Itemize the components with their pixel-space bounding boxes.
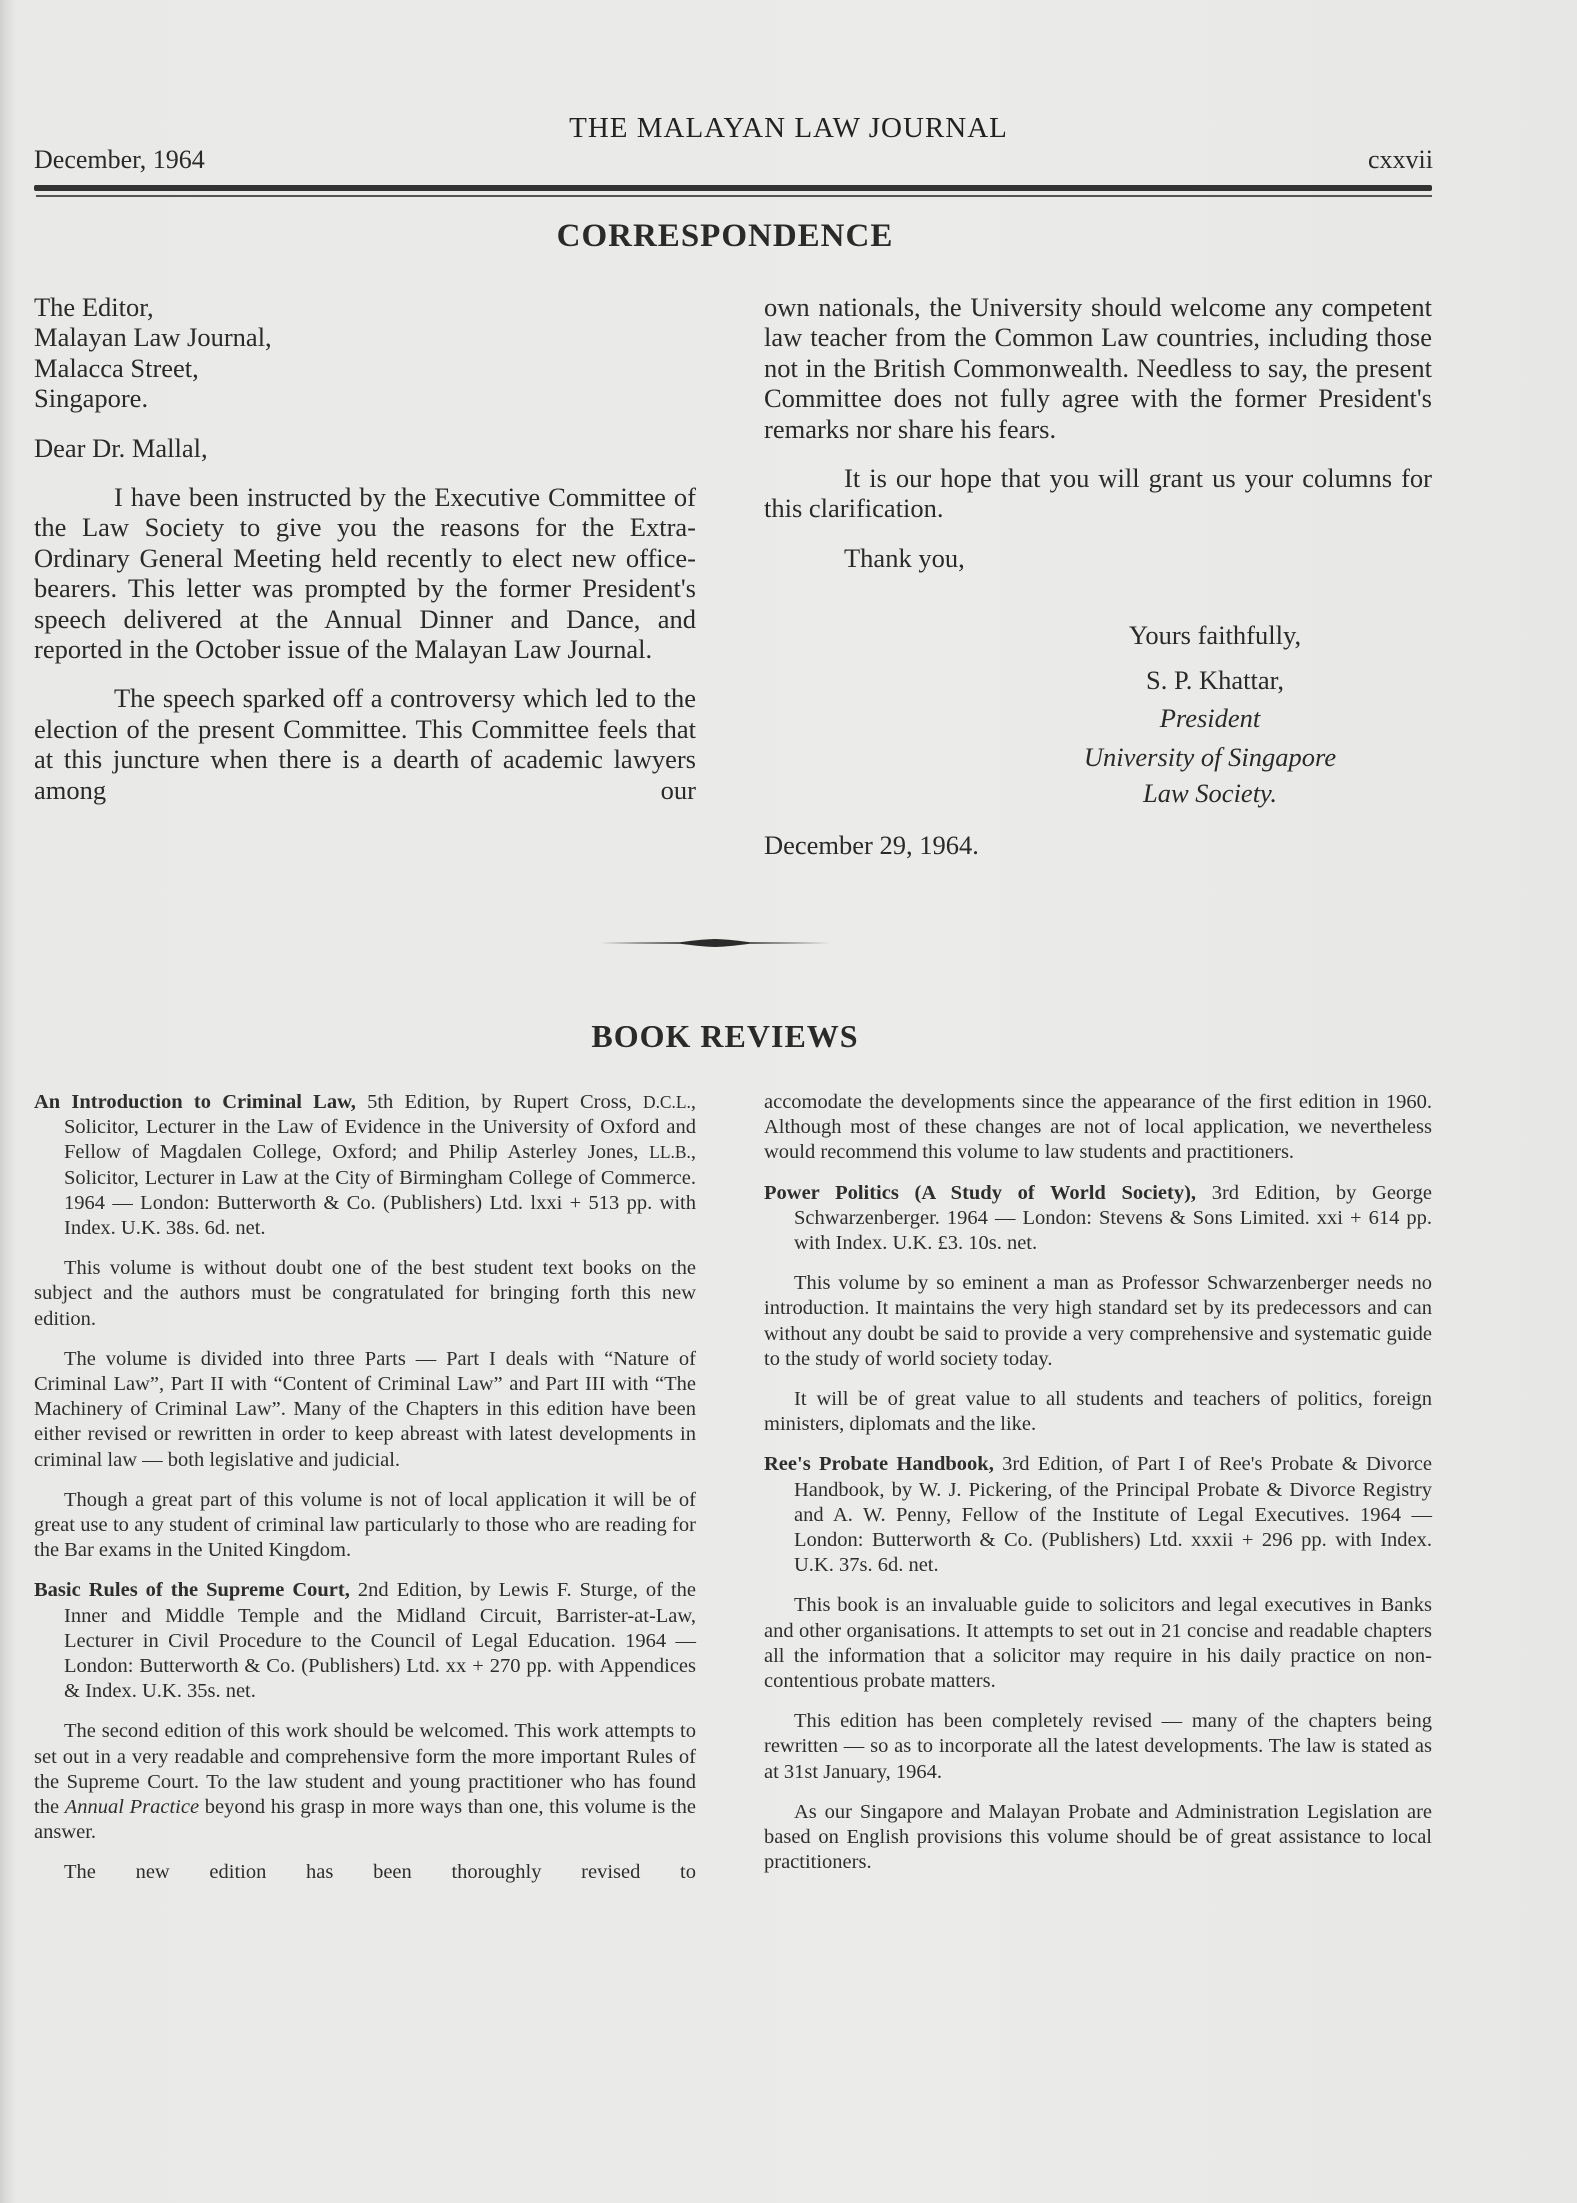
- review-paragraph: This volume by so eminent a man as Profe…: [764, 1271, 1432, 1372]
- address-line: The Editor,: [34, 292, 696, 322]
- issue-date: December, 1964: [34, 145, 205, 175]
- review-paragraph: As our Singapore and Malayan Probate and…: [764, 1800, 1432, 1876]
- letter-paragraph-continued: own nationals, the University should wel…: [764, 292, 1432, 444]
- review-paragraph-continued: accomodate the developments since the ap…: [764, 1090, 1432, 1166]
- italic-title: Annual Practice: [65, 1796, 199, 1818]
- review-paragraph: It will be of great value to all student…: [764, 1387, 1432, 1437]
- thanks-line: Thank you,: [764, 543, 1432, 573]
- reviews-right-column: accomodate the developments since the ap…: [764, 1090, 1432, 1890]
- salutation: Dear Dr. Mallal,: [34, 433, 696, 463]
- book-title: Ree's Probate Handbook,: [764, 1453, 994, 1475]
- review-citation: Basic Rules of the Supreme Court, 2nd Ed…: [34, 1578, 696, 1704]
- review-paragraph: This edition has been completely revised…: [764, 1709, 1432, 1785]
- letter-right-column: own nationals, the University should wel…: [764, 292, 1432, 573]
- review-paragraph: This volume is without doubt one of the …: [34, 1256, 696, 1332]
- book-title: Basic Rules of the Supreme Court,: [34, 1579, 350, 1601]
- review-paragraph: The new edition has been thoroughly revi…: [34, 1860, 696, 1885]
- section-divider-ornament: [600, 938, 830, 948]
- signatory-org: University of Singapore: [1010, 742, 1410, 773]
- journal-title: THE MALAYAN LAW JOURNAL: [0, 112, 1577, 145]
- letter-paragraph: I have been instructed by the Executive …: [34, 482, 696, 664]
- correspondence-heading: CORRESPONDENCE: [0, 218, 1450, 255]
- letter-date: December 29, 1964.: [764, 830, 979, 861]
- review-citation: An Introduction to Criminal Law, 5th Edi…: [34, 1090, 696, 1241]
- journal-page: THE MALAYAN LAW JOURNAL December, 1964 c…: [0, 0, 1577, 2203]
- review-citation: Power Politics (A Study of World Society…: [764, 1181, 1432, 1257]
- book-reviews-heading: BOOK REVIEWS: [0, 1018, 1450, 1055]
- signatory-org: Law Society.: [1010, 778, 1410, 809]
- book-title: Power Politics (A Study of World Society…: [764, 1182, 1196, 1204]
- letter-left-column: The Editor, Malayan Law Journal, Malacca…: [34, 292, 696, 805]
- review-paragraph: The second edition of this work should b…: [34, 1719, 696, 1845]
- review-paragraph: The volume is divided into three Parts —…: [34, 1347, 696, 1473]
- letter-paragraph: The speech sparked off a controversy whi…: [34, 683, 696, 805]
- signatory-title: President: [1010, 703, 1410, 734]
- recipient-address: The Editor, Malayan Law Journal, Malacca…: [34, 292, 696, 414]
- review-citation: Ree's Probate Handbook, 3rd Edition, of …: [764, 1452, 1432, 1578]
- reviews-left-column: An Introduction to Criminal Law, 5th Edi…: [34, 1090, 696, 1901]
- letter-paragraph: It is our hope that you will grant us yo…: [764, 463, 1432, 524]
- signatory-name: S. P. Khattar,: [1050, 665, 1380, 696]
- address-line: Singapore.: [34, 383, 696, 413]
- closing: Yours faithfully,: [1050, 620, 1380, 651]
- review-paragraph: This book is an invaluable guide to soli…: [764, 1593, 1432, 1694]
- page-number: cxxvii: [1368, 145, 1433, 175]
- review-paragraph: Though a great part of this volume is no…: [34, 1488, 696, 1564]
- header-rule-thin: [36, 195, 1432, 197]
- header-rule: [34, 185, 1432, 191]
- address-line: Malayan Law Journal,: [34, 322, 696, 352]
- book-title: An Introduction to Criminal Law,: [34, 1091, 356, 1113]
- address-line: Malacca Street,: [34, 353, 696, 383]
